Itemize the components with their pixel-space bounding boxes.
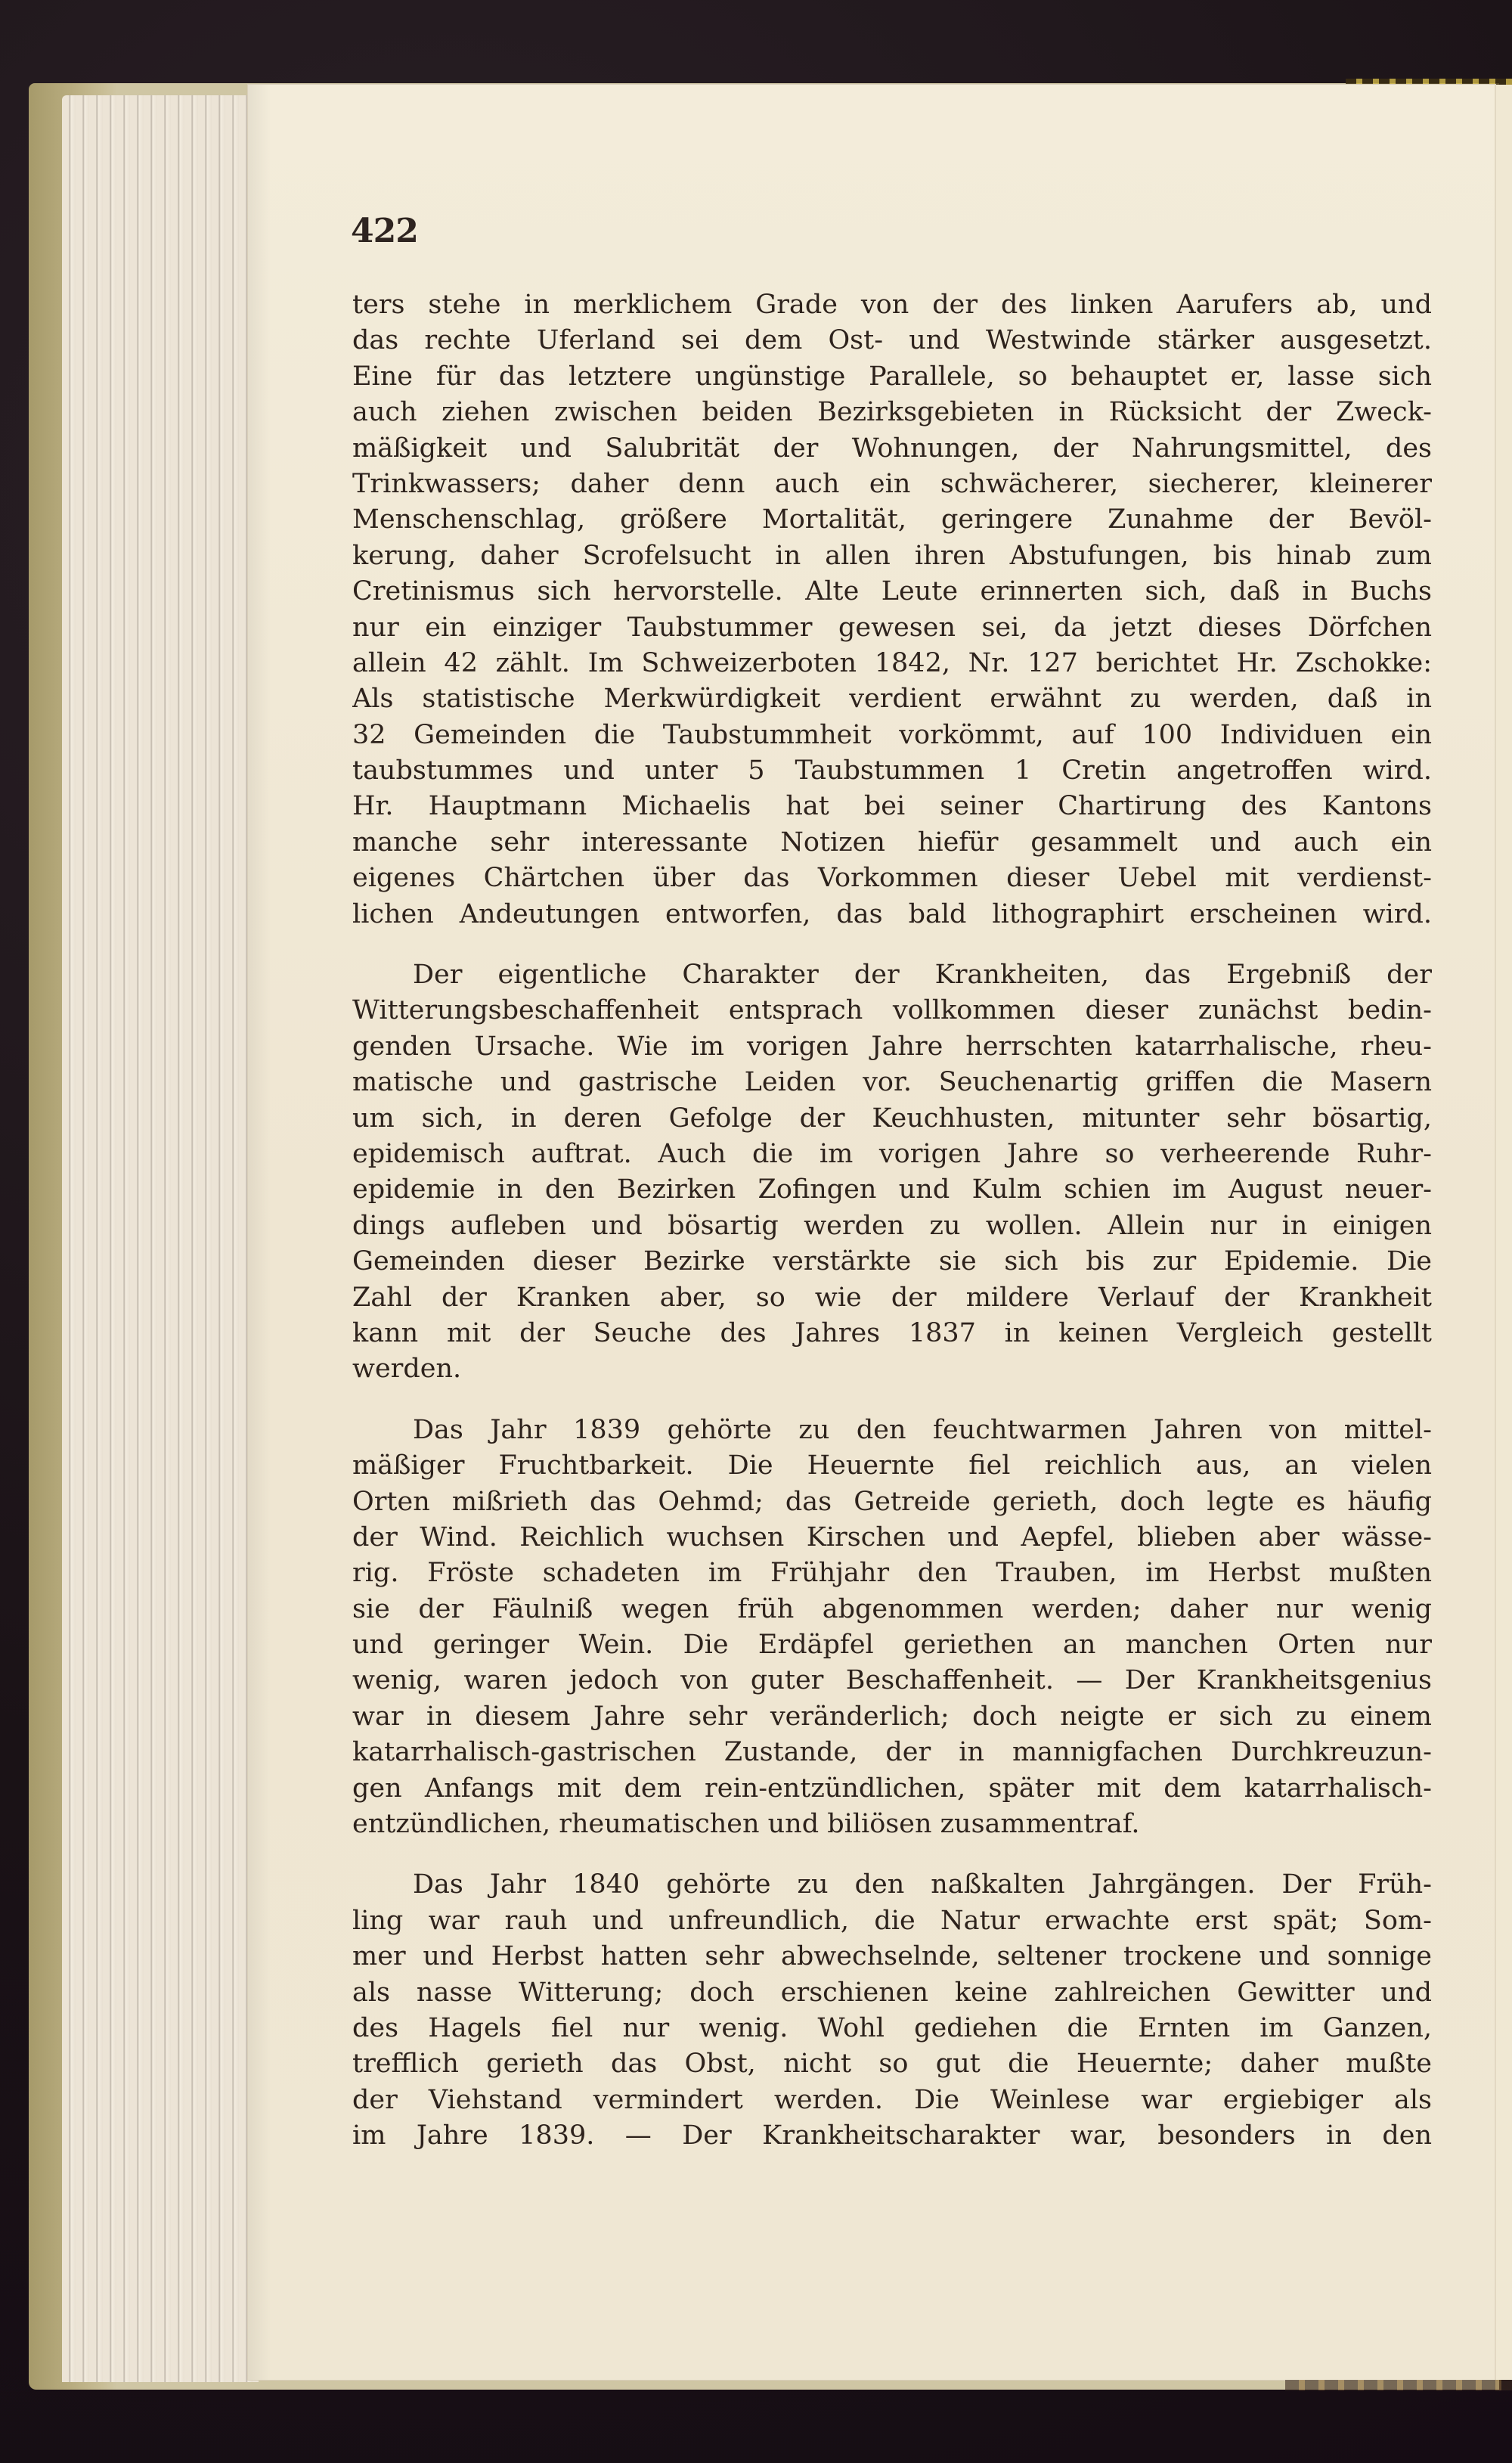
text-line: der Viehstand vermindert werden. Die Wei… xyxy=(352,2083,1432,2118)
text-line: eigenes Chärtchen über das Vorkommen die… xyxy=(352,861,1432,896)
page-number: 422 xyxy=(351,212,418,250)
text-line: Zahl der Kranken aber, so wie der milder… xyxy=(352,1280,1432,1316)
text-line: dings aufleben und bösartig werden zu wo… xyxy=(352,1208,1432,1244)
text-line: nur ein einziger Taubstummer gewesen sei… xyxy=(352,610,1432,646)
text-line: katarrhalisch-gastrischen Zustande, der … xyxy=(352,1735,1432,1770)
text-line: kerung, daher Scrofelsucht in allen ihre… xyxy=(352,538,1432,574)
text-line: genden Ursache. Wie im vorigen Jahre her… xyxy=(352,1029,1432,1065)
text-line: Das Jahr 1839 gehörte zu den feuchtwarme… xyxy=(352,1413,1432,1448)
text-line: der Wind. Reichlich wuchsen Kirschen und… xyxy=(352,1520,1432,1556)
text-line: mer und Herbst hatten sehr abwechselnde,… xyxy=(352,1939,1432,1974)
text-line: im Jahre 1839. — Der Krankheitscharakter… xyxy=(352,2118,1432,2154)
text-line: Orten mißrieth das Oehmd; das Getreide g… xyxy=(352,1484,1432,1520)
text-line: das rechte Uferland sei dem Ost- und Wes… xyxy=(352,323,1432,358)
text-line: und geringer Wein. Die Erdäpfel geriethe… xyxy=(352,1627,1432,1663)
text-line: gen Anfangs mit dem rein-entzündlichen, … xyxy=(352,1771,1432,1807)
text-line: mäßigkeit und Salubrität der Wohnungen, … xyxy=(352,431,1432,467)
text-line: auch ziehen zwischen beiden Bezirksgebie… xyxy=(352,395,1432,430)
paragraph: Das Jahr 1839 gehörte zu den feuchtwarme… xyxy=(352,1413,1432,1843)
paragraph-gap xyxy=(352,1842,1432,1867)
text-line: 32 Gemeinden die Taubstummheit vorkömmt,… xyxy=(352,718,1432,753)
text-line: Als statistische Merkwürdigkeit verdient… xyxy=(352,681,1432,717)
text-line: Der eigentliche Charakter der Krankheite… xyxy=(352,957,1432,993)
text-line: um sich, in deren Gefolge der Keuchhuste… xyxy=(352,1101,1432,1137)
text-line: als nasse Witterung; doch erschienen kei… xyxy=(352,1975,1432,2011)
text-line: kann mit der Seuche des Jahres 1837 in k… xyxy=(352,1316,1432,1351)
text-line: war in diesem Jahre sehr veränderlich; d… xyxy=(352,1699,1432,1735)
text-line: ters stehe in merklichem Grade von der d… xyxy=(352,287,1432,323)
paragraph: ters stehe in merklichem Grade von der d… xyxy=(352,287,1432,932)
gilt-edge-bottom xyxy=(1285,2380,1512,2390)
text-line: des Hagels fiel nur wenig. Wohl gediehen… xyxy=(352,2011,1432,2046)
text-line: Trinkwassers; daher denn auch ein schwäc… xyxy=(352,467,1432,502)
body-text: ters stehe in merklichem Grade von der d… xyxy=(352,287,1432,2154)
text-line: Das Jahr 1840 gehörte zu den naßkalten J… xyxy=(352,1867,1432,1903)
text-line: epidemisch auftrat. Auch die im vorigen … xyxy=(352,1137,1432,1172)
paragraph-gap xyxy=(352,932,1432,957)
text-line: Menschenschlag, größere Mortalität, geri… xyxy=(352,502,1432,538)
text-line: rig. Fröste schadeten im Frühjahr den Tr… xyxy=(352,1556,1432,1591)
paragraph: Der eigentliche Charakter der Krankheite… xyxy=(352,957,1432,1388)
text-line: Hr. Hauptmann Michaelis hat bei seiner C… xyxy=(352,789,1432,824)
text-line: Eine für das letztere ungünstige Paralle… xyxy=(352,359,1432,395)
text-line: Gemeinden dieser Bezirke verstärkte sie … xyxy=(352,1244,1432,1280)
text-line: sie der Fäulniß wegen früh abgenommen we… xyxy=(352,1592,1432,1627)
text-line: matische und gastrische Leiden vor. Seuc… xyxy=(352,1065,1432,1100)
text-line: ling war rauh und unfreundlich, die Natu… xyxy=(352,1903,1432,1939)
text-line: mäßiger Fruchtbarkeit. Die Heuernte fiel… xyxy=(352,1448,1432,1484)
paragraph-gap xyxy=(352,1388,1432,1413)
page-fold xyxy=(1495,85,1512,2380)
text-line: werden. xyxy=(352,1351,1432,1387)
text-line: Witterungsbeschaffenheit entsprach vollk… xyxy=(352,993,1432,1028)
page-stack-edges xyxy=(62,95,259,2382)
paragraph: Das Jahr 1840 gehörte zu den naßkalten J… xyxy=(352,1867,1432,2154)
text-line: taubstummes und unter 5 Taubstummen 1 Cr… xyxy=(352,753,1432,789)
text-line: manche sehr interessante Notizen hiefür … xyxy=(352,825,1432,861)
text-line: Cretinismus sich hervorstelle. Alte Leut… xyxy=(352,574,1432,610)
text-line: trefflich gerieth das Obst, nicht so gut… xyxy=(352,2046,1432,2082)
text-line: wenig, waren jedoch von guter Beschaffen… xyxy=(352,1663,1432,1698)
text-line: entzündlichen, rheumatischen und biliöse… xyxy=(352,1807,1432,1842)
text-line: lichen Andeutungen entworfen, das bald l… xyxy=(352,897,1432,932)
text-line: epidemie in den Bezirken Zofingen und Ku… xyxy=(352,1172,1432,1208)
text-line: allein 42 zählt. Im Schweizerboten 1842,… xyxy=(352,646,1432,681)
